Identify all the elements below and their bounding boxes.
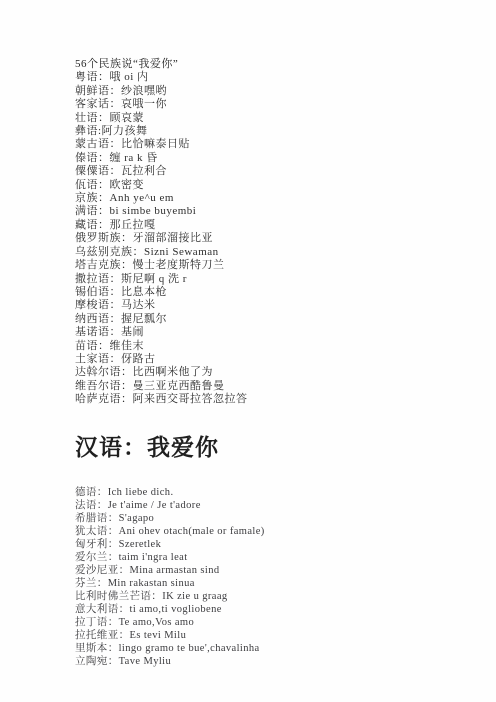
language-line: 壮语：顾哀蒙 [75,112,456,125]
language-line: 客家话：哀哦一你 [75,98,456,111]
language-line: 芬兰：Min rakastan sinua [75,577,456,590]
language-line: 粤语：哦 oi 内 [75,71,456,84]
language-line: 土家语：伢路古 [75,353,456,366]
chinese-heading: 汉语：我爱你 [75,429,456,462]
document-page: 56个民族说“我爱你” 粤语：哦 oi 内 朝鲜语：纱浪嘿哟 客家话：哀哦一你 … [0,0,496,702]
language-line: 法语：Je t'aime / Je t'adore [75,499,456,512]
language-line: 爱沙尼亚：Mina armastan sind [75,564,456,577]
language-line: 苗语：维佳末 [75,340,456,353]
language-line: 犹太语：Ani ohev otach(male or famale) [75,525,456,538]
language-line: 彝语:阿力孩舞 [75,125,456,138]
language-line: 基诺语：基闹 [75,326,456,339]
language-line: 爱尔兰：taim i'ngra leat [75,551,456,564]
list-title: 56个民族说“我爱你” [75,58,456,71]
language-line: 维吾尔语：曼三亚克西酷鲁曼 [75,380,456,393]
language-line: 里斯本：lingo gramo te bue',chavalinha [75,642,456,655]
language-line: 意大利语：ti amo,ti vogliobene [75,603,456,616]
language-line: 朝鲜语：纱浪嘿哟 [75,85,456,98]
language-line: 塔吉克族：慢士老度斯特刀兰 [75,259,456,272]
ethnic-languages-list: 56个民族说“我爱你” 粤语：哦 oi 内 朝鲜语：纱浪嘿哟 客家话：哀哦一你 … [75,58,456,407]
language-line: 满语：bi simbe buyembi [75,205,456,218]
language-line: 纳西语：握尼瓢尔 [75,313,456,326]
language-line: 摩梭语：马达米 [75,299,456,312]
language-line: 佤语：欧密变 [75,179,456,192]
language-line: 拉丁语：Te amo,Vos amo [75,616,456,629]
language-line: 德语：Ich liebe dich. [75,486,456,499]
language-line: 俄罗斯族：牙溜部溜接比亚 [75,232,456,245]
language-line: 立陶宛：Tave Myliu [75,655,456,668]
language-line: 傣语：缠 ra k 昏 [75,152,456,165]
language-line: 达斡尔语：比西啊米他了为 [75,366,456,379]
language-line: 藏语：那丘拉嘎 [75,219,456,232]
language-line: 乌兹别克族：Sizni Sewaman [75,246,456,259]
language-line: 比利时佛兰芒语：IK zie u graag [75,590,456,603]
language-line: 锡伯语：比息本枪 [75,286,456,299]
language-line: 蒙古语：比恰嘛泰日贴 [75,138,456,151]
language-line: 僳僳语：瓦拉利合 [75,165,456,178]
world-languages-list: 德语：Ich liebe dich. 法语：Je t'aime / Je t'a… [75,486,456,668]
language-line: 拉托维亚：Es tevi Milu [75,629,456,642]
language-line: 撒拉语：斯尼啊 q 洗 r [75,273,456,286]
language-line: 京族：Anh ye^u em [75,192,456,205]
language-line: 希腊语：S'agapo [75,512,456,525]
language-line: 哈萨克语：阿来西交哥拉答忽拉答 [75,393,456,406]
language-line: 匈牙利：Szeretlek [75,538,456,551]
